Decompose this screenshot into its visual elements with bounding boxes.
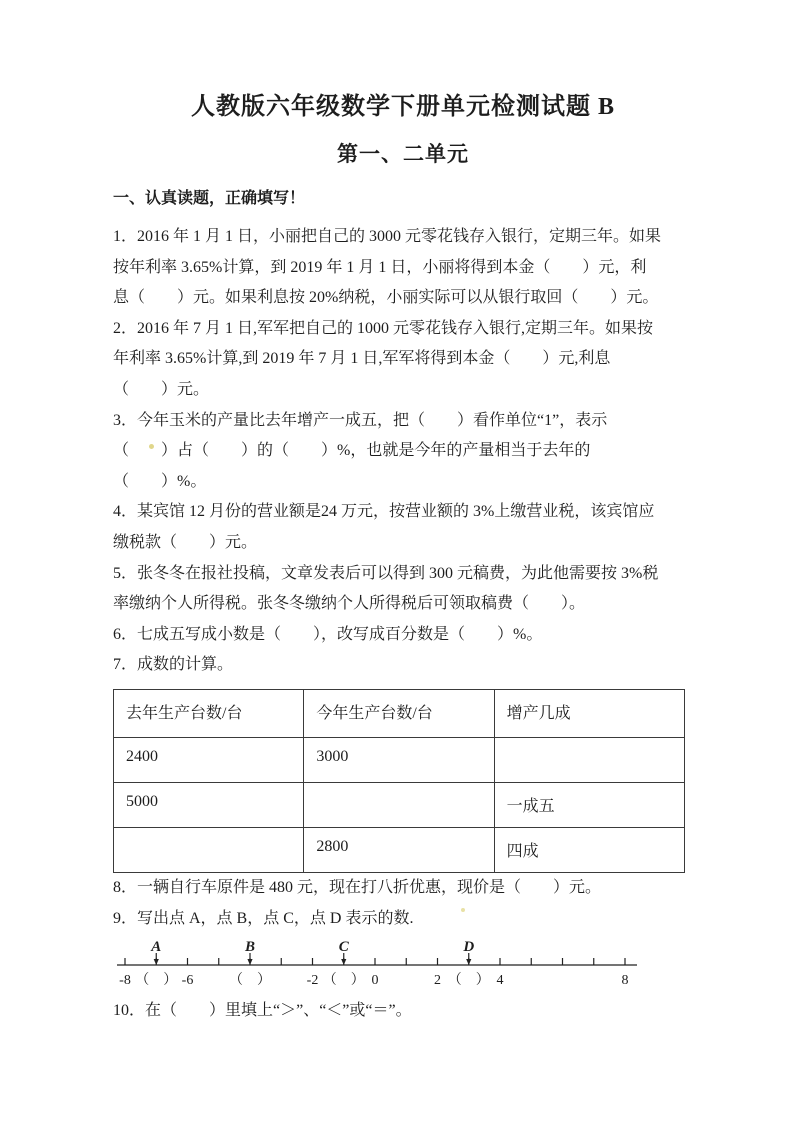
numberline-label: 8 [622,973,629,988]
numberline-point-letter: B [244,939,255,955]
question-6-line-1: 6．七成五写成小数是（ ），改写成百分数是（ ）%。 [113,620,693,651]
table-row: 5000 一成五 [114,782,685,827]
chengshu-calculation-table: 去年生产台数/台 今年生产台数/台 增产几成 2400 3000 5000 一成… [113,689,685,873]
question-1-line-2: 按年利率 3.65%计算，到 2019 年 1 月 1 日，小丽将得到本金（ ）… [113,253,693,284]
question-4-line-1: 4．某宾馆 12 月份的营业额是24 万元，按营业额的 3%上缴营业税，该宾馆应 [113,497,693,528]
numberline-svg: -8（ ）-6（ ）-2（ ）02（ ）48ABCD [113,938,653,996]
numberline-label: （ ） [448,972,490,988]
table-cell: 2400 [114,737,304,782]
question-10-line-1: 10．在（ ）里填上“＞”、“＜”或“＝”。 [113,996,693,1027]
table-row: 2800 四成 [114,827,685,872]
table-cell-blank [494,737,684,782]
page-title: 人教版六年级数学下册单元检测试题 B [113,90,693,124]
numberline-point-letter: A [150,939,161,955]
question-3-line-2: （ ）占（ ）的（ ）%，也就是今年的产量相当于去年的 [113,436,693,467]
numberline-figure: -8（ ）-6（ ）-2（ ）02（ ）48ABCD [113,938,693,996]
numberline-label: （ ） [135,972,177,988]
table-cell-blank [304,782,494,827]
table-row: 2400 3000 [114,737,685,782]
table-header-this-year: 今年生产台数/台 [304,689,494,737]
numberline-label: （ ） [229,972,271,988]
question-5-line-2: 率缴纳个人所得税。张冬冬缴纳个人所得税后可领取稿费（ ）。 [113,589,693,620]
question-3-line-1: 3．今年玉米的产量比去年增产一成五，把（ ）看作单位“1”，表示 [113,406,693,437]
numberline-label: -2 [307,973,319,988]
page-subtitle: 第一、二单元 [113,138,693,170]
table-header-last-year: 去年生产台数/台 [114,689,304,737]
worksheet-page: 人教版六年级数学下册单元检测试题 B 第一、二单元 一、认真读题，正确填写！ 1… [0,0,793,1122]
numberline-label: -8 [119,973,131,988]
numberline-label: （ ） [323,972,365,988]
question-9-line-1: 9．写出点 A，点 B，点 C，点 D 表示的数. [113,904,693,935]
numberline-point-letter: D [462,939,474,955]
numberline-label: 0 [372,973,379,988]
table-cell: 5000 [114,782,304,827]
numberline-point-arrowhead [466,959,471,965]
question-1-line-1: 1．2016 年 1 月 1 日，小丽把自己的 3000 元零花钱存入银行，定期… [113,222,693,253]
question-2-line-2: 年利率 3.65%计算,到 2019 年 7 月 1 日,军军将得到本金（ ）元… [113,344,693,375]
table-cell: 一成五 [494,782,684,827]
numberline-point-arrowhead [247,959,252,965]
question-1-line-3: 息（ ）元。如果利息按 20%纳税，小丽实际可以从银行取回（ ）元。 [113,283,693,314]
question-4-line-2: 缴税款（ ）元。 [113,528,693,559]
question-8-line-1: 8．一辆自行车原件是 480 元，现在打八折优惠，现价是（ ）元。 [113,873,693,904]
question-7-line-1: 7．成数的计算。 [113,650,693,681]
numberline-point-arrowhead [341,959,346,965]
section-fill-in-heading: 一、认真读题，正确填写！ [113,186,693,212]
question-2-line-1: 2．2016 年 7 月 1 日,军军把自己的 1000 元零花钱存入银行,定期… [113,314,693,345]
table-cell-blank [114,827,304,872]
table-header-increase: 增产几成 [494,689,684,737]
question-2-line-3: （ ）元。 [113,375,693,406]
table-header-row: 去年生产台数/台 今年生产台数/台 增产几成 [114,689,685,737]
table-cell: 3000 [304,737,494,782]
numberline-point-arrowhead [154,959,159,965]
numberline-label: -6 [182,973,194,988]
table-cell: 2800 [304,827,494,872]
numberline-label: 4 [497,973,504,988]
table-cell: 四成 [494,827,684,872]
question-5-line-1: 5．张冬冬在报社投稿，文章发表后可以得到 300 元稿费，为此他需要按 3%税 [113,559,693,590]
question-3-line-3: （ ）%。 [113,467,693,498]
numberline-point-letter: C [339,939,350,955]
numberline-label: 2 [434,973,441,988]
